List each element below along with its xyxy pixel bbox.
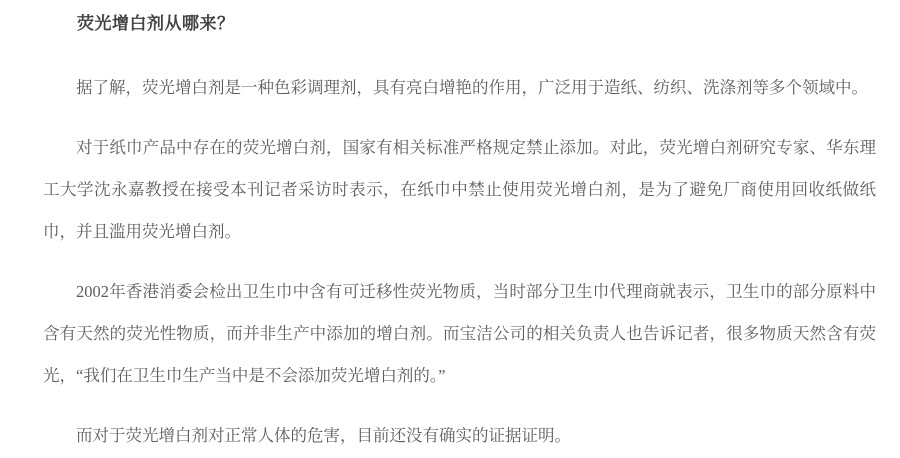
article-heading: 荧光增白剂从哪来？ [43, 3, 876, 45]
article-body: 荧光增白剂从哪来？ 据了解，荧光增白剂是一种色彩调理剂，具有亮白增艳的作用，广泛… [0, 0, 900, 457]
article-paragraph-1: 据了解，荧光增白剂是一种色彩调理剂，具有亮白增艳的作用，广泛用于造纸、纺织、洗涤… [43, 67, 876, 109]
article-paragraph-3: 2002年香港消委会检出卫生巾中含有可迁移性荧光物质，当时部分卫生巾代理商就表示… [43, 271, 876, 397]
article-paragraph-4: 而对于荧光增白剂对正常人体的危害，目前还没有确实的证据证明。 [43, 415, 876, 457]
article-paragraph-2: 对于纸巾产品中存在的荧光增白剂，国家有相关标准严格规定禁止添加。对此，荧光增白剂… [43, 127, 876, 253]
article-page: 荧光增白剂从哪来？ 据了解，荧光增白剂是一种色彩调理剂，具有亮白增艳的作用，广泛… [0, 0, 900, 458]
